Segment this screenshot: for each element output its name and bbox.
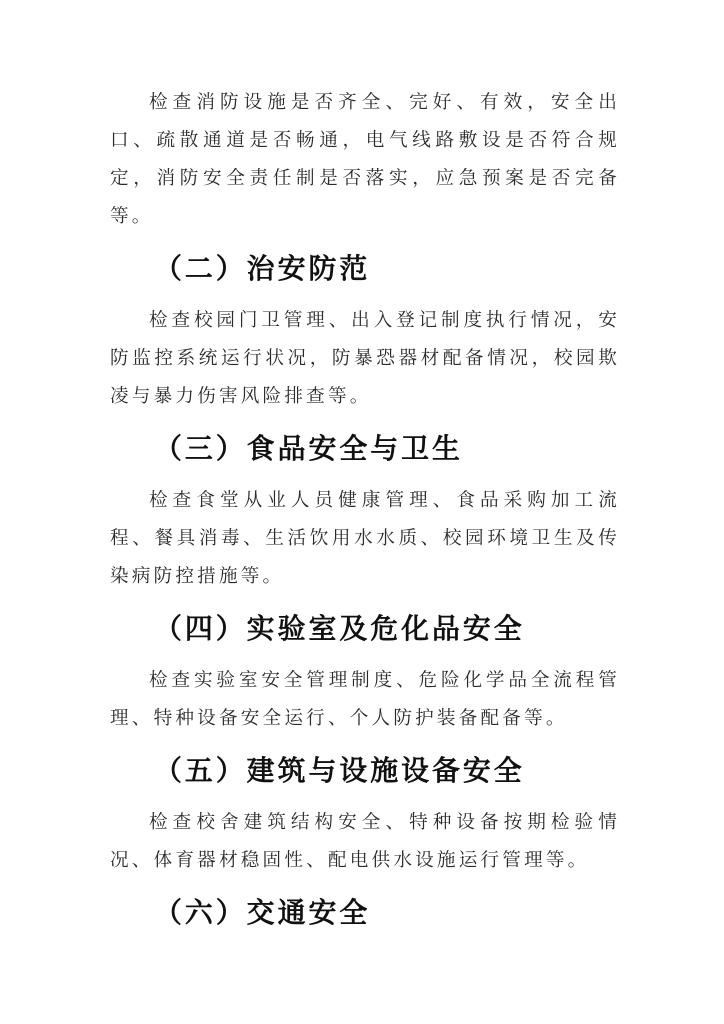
heading-traffic-safety: （六）交通安全 bbox=[110, 894, 620, 932]
paragraph-fire-safety: 检查消防设施是否齐全、完好、有效，安全出口、疏散通道是否畅通，电气线路敷设是否符… bbox=[110, 84, 620, 236]
paragraph-food-safety: 检查食堂从业人员健康管理、食品采购加工流程、餐具消毒、生活饮用水水质、校园环境卫… bbox=[110, 482, 620, 596]
heading-food-safety: （三）食品安全与卫生 bbox=[110, 430, 620, 468]
spacer bbox=[110, 880, 620, 894]
heading-building-safety: （五）建筑与设施设备安全 bbox=[110, 752, 620, 790]
spacer bbox=[110, 790, 620, 804]
paragraph-public-security: 检查校园门卫管理、出入登记制度执行情况，安防监控系统运行状况，防暴恐器材配备情况… bbox=[110, 302, 620, 416]
paragraph-building-safety: 检查校舍建筑结构安全、特种设备按期检验情况、体育器材稳固性、配电供水设施运行管理… bbox=[110, 804, 620, 880]
spacer bbox=[110, 738, 620, 752]
document-page: 检查消防设施是否齐全、完好、有效，安全出口、疏散通道是否畅通，电气线路敷设是否符… bbox=[110, 84, 620, 932]
spacer bbox=[110, 236, 620, 250]
spacer bbox=[110, 416, 620, 430]
spacer bbox=[110, 648, 620, 662]
spacer bbox=[110, 288, 620, 302]
heading-public-security: （二）治安防范 bbox=[110, 250, 620, 288]
spacer bbox=[110, 468, 620, 482]
spacer bbox=[110, 596, 620, 610]
heading-lab-safety: （四）实验室及危化品安全 bbox=[110, 610, 620, 648]
paragraph-lab-safety: 检查实验室安全管理制度、危险化学品全流程管理、特种设备安全运行、个人防护装备配备… bbox=[110, 662, 620, 738]
